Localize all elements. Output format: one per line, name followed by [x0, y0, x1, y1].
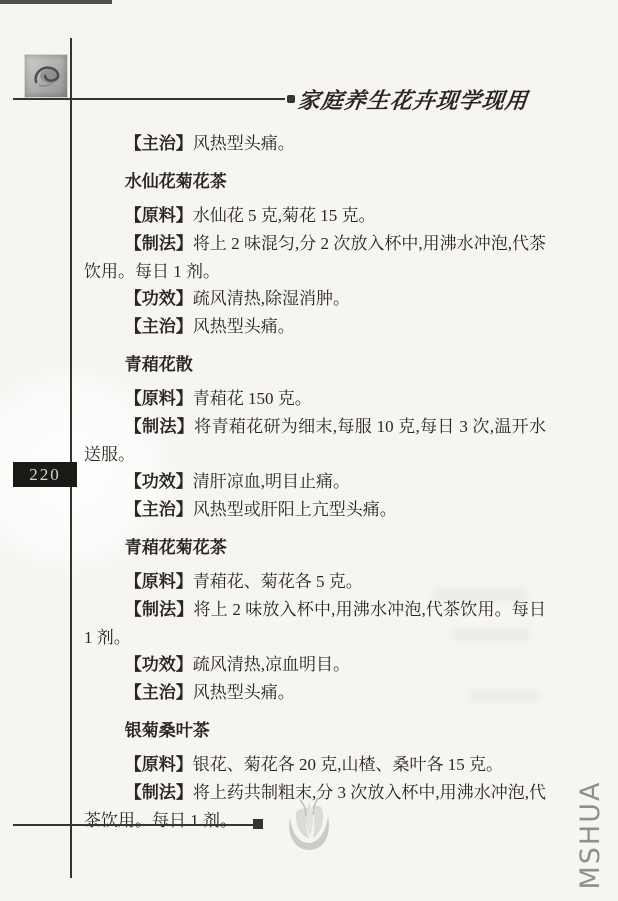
- header-bullet-square-icon: [287, 95, 295, 103]
- field-label: 【原料】: [125, 389, 193, 409]
- recipe-title: 青葙花菊花茶: [84, 535, 546, 562]
- footer-bullet-square-icon: [253, 819, 263, 829]
- running-head-book-title: 家庭养生花卉现学现用: [296, 84, 551, 115]
- field-label: 【主治】: [125, 500, 193, 520]
- leaf-swirl-stamp-icon: [25, 55, 67, 97]
- page-number-badge: 220: [13, 462, 77, 487]
- recipe-line: 【功效】疏风清热,除湿消肿。: [84, 285, 546, 313]
- recipe-line: 【原料】银花、菊花各 20 克,山楂、桑叶各 15 克。: [84, 751, 546, 779]
- field-text: 疏风清热,除湿消肿。: [193, 289, 350, 308]
- recipe-line: 【原料】青葙花 150 克。: [84, 385, 546, 413]
- field-label: 【功效】: [125, 289, 193, 309]
- field-label: 【功效】: [125, 472, 193, 492]
- field-label: 【制法】: [125, 783, 193, 803]
- recipe-line: 【主治】风热型头痛。: [84, 313, 546, 341]
- field-text: 水仙花 5 克,菊花 15 克。: [193, 206, 376, 225]
- lotus-flower-icon: [282, 792, 336, 856]
- field-label: 【功效】: [125, 655, 193, 675]
- field-label: 【主治】: [125, 317, 193, 337]
- field-text: 风热型头痛。: [193, 683, 295, 702]
- footer-rule: [13, 824, 253, 826]
- recipe-title: 银菊桑叶茶: [84, 718, 546, 745]
- field-label: 【原料】: [125, 755, 193, 775]
- field-label: 【主治】: [125, 134, 193, 154]
- recipe-line: 【制法】将青葙花研为细末,每服 10 克,每日 3 次,温开水送服。: [84, 413, 546, 468]
- recipe-line: 【原料】水仙花 5 克,菊花 15 克。: [84, 202, 546, 230]
- recipe-line: 【主治】风热型头痛。: [84, 679, 546, 707]
- field-text: 风热型头痛。: [193, 134, 295, 153]
- field-label: 【制法】: [125, 234, 193, 254]
- field-text: 银花、菊花各 20 克,山楂、桑叶各 15 克。: [193, 755, 503, 774]
- recipe-line: 【主治】风热型或肝阳上亢型头痛。: [84, 496, 546, 524]
- recipe-line: 【制法】将上 2 味放入杯中,用沸水冲泡,代茶饮用。每日 1 剂。: [84, 596, 546, 651]
- scan-edge-artifact: [0, 0, 112, 4]
- left-vertical-rule: [70, 38, 72, 878]
- recipe-title: 青葙花散: [84, 352, 546, 379]
- scanned-book-page: 家庭养生花卉现学现用 【主治】风热型头痛。 水仙花菊花茶 【原料】水仙花 5 克…: [0, 0, 618, 901]
- recipe-line: 【制法】将上 2 味混匀,分 2 次放入杯中,用沸水冲泡,代茶饮用。每日 1 剂…: [84, 230, 546, 285]
- carryover-indication-line: 【主治】风热型头痛。: [84, 130, 546, 158]
- page-body-text: 【主治】风热型头痛。 水仙花菊花茶 【原料】水仙花 5 克,菊花 15 克。 【…: [84, 130, 546, 834]
- field-label: 【制法】: [125, 600, 194, 620]
- field-text: 疏风清热,凉血明目。: [193, 655, 350, 674]
- field-label: 【制法】: [125, 417, 194, 437]
- field-label: 【主治】: [125, 683, 193, 703]
- recipe-line: 【功效】清肝凉血,明目止痛。: [84, 468, 546, 496]
- field-label: 【原料】: [125, 572, 193, 592]
- field-text: 青葙花 150 克。: [193, 389, 312, 408]
- recipe-line: 【原料】青葙花、菊花各 5 克。: [84, 568, 546, 596]
- spine-watermark-text: MSHUA: [575, 761, 609, 901]
- field-text: 清肝凉血,明目止痛。: [193, 472, 350, 491]
- header-rule: [13, 98, 285, 100]
- field-text: 风热型或肝阳上亢型头痛。: [193, 500, 397, 519]
- field-label: 【原料】: [125, 206, 193, 226]
- field-text: 风热型头痛。: [193, 317, 295, 336]
- recipe-line: 【功效】疏风清热,凉血明目。: [84, 651, 546, 679]
- field-text: 青葙花、菊花各 5 克。: [193, 572, 363, 591]
- recipe-title: 水仙花菊花茶: [84, 169, 546, 196]
